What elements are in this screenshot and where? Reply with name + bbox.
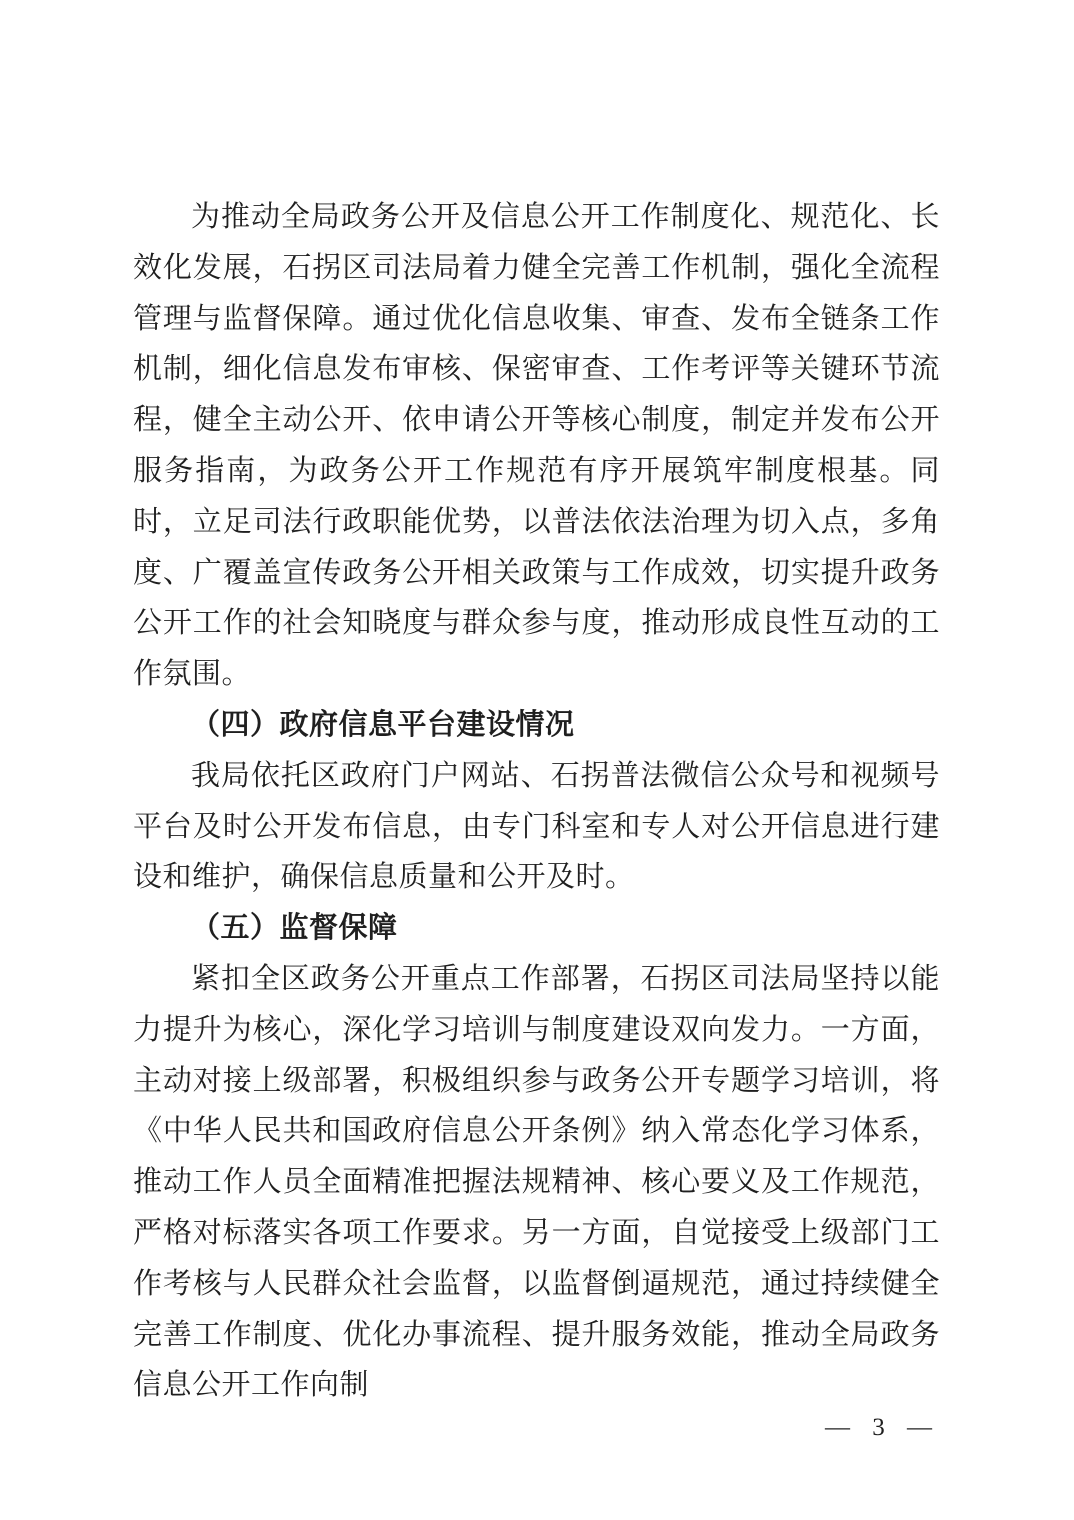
paragraph-platform-construction: 我局依托区政府门户网站、石拐普法微信公众号和视频号平台及时公开发布信息，由专门科… (133, 751, 940, 903)
document-page: 为推动全局政务公开及信息公开工作制度化、规范化、长效化发展，石拐区司法局着力健全… (0, 0, 1074, 1520)
paragraph-work-mechanism: 为推动全局政务公开及信息公开工作制度化、规范化、长效化发展，石拐区司法局着力健全… (133, 192, 940, 700)
document-body: 为推动全局政务公开及信息公开工作制度化、规范化、长效化发展，石拐区司法局着力健全… (133, 192, 940, 1411)
section-heading-platform-construction: （四）政府信息平台建设情况 (133, 700, 940, 751)
page-number: — 3 — (825, 1414, 940, 1442)
paragraph-supervision-guarantee: 紧扣全区政务公开重点工作部署，石拐区司法局坚持以能力提升为核心，深化学习培训与制… (133, 954, 940, 1411)
section-heading-supervision-guarantee: （五）监督保障 (133, 903, 940, 954)
